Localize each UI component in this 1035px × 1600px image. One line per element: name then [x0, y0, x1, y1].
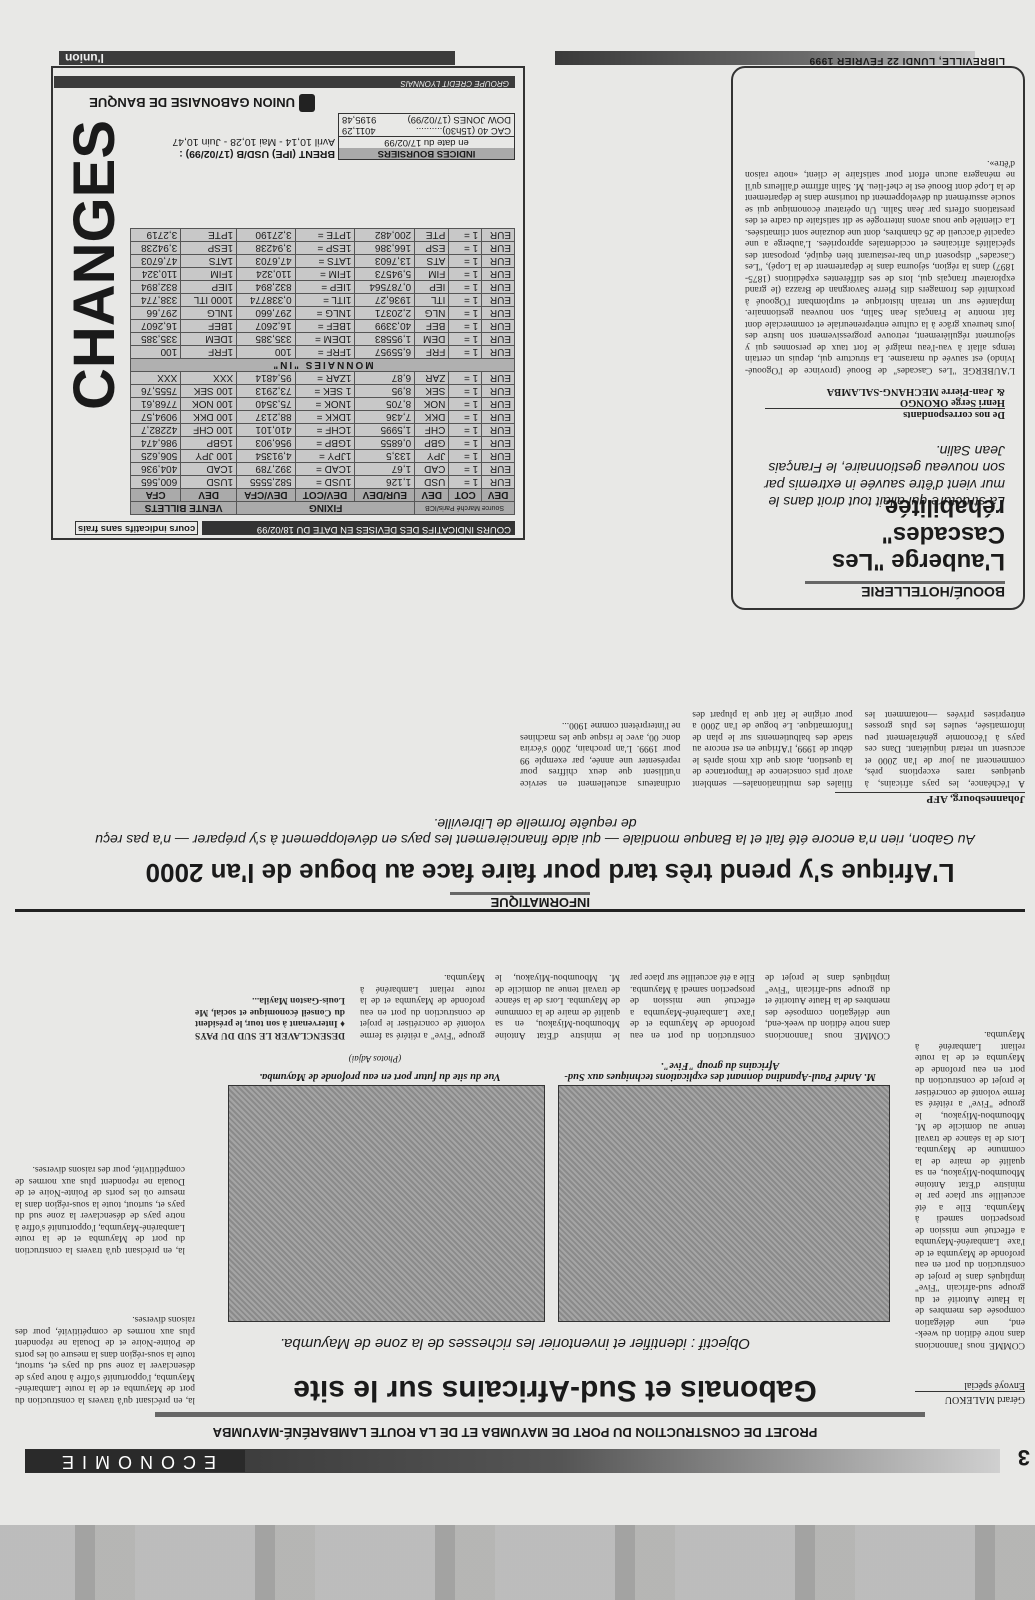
fx-row: EUR1 =PTE200,4821PTE =3,271901PTE3,2719 — [131, 229, 515, 242]
fx-cell: 506,625 — [131, 450, 181, 463]
fx-header-row: DEV COT DEV EUR/DEV DEV/COT DEV/CFA DEV … — [131, 489, 515, 502]
indices-label: CAC 40 (15h30).......... — [416, 125, 511, 136]
fx-cell: 297,66 — [131, 307, 181, 320]
fx-cell: ITL — [415, 294, 449, 307]
page-number: 3 — [1018, 1444, 1030, 1470]
fx-cell: 110,324 — [131, 268, 181, 281]
fx-cell: 100 — [237, 346, 295, 359]
fx-cell: 7768,61 — [131, 398, 181, 411]
economie-deck: Objectif : identifier et inventorier les… — [195, 1335, 835, 1352]
fx-cell: FIM — [415, 268, 449, 281]
fx-cell: 0,787564 — [355, 281, 415, 294]
fx-cell: 1ATS — [181, 255, 237, 268]
fx-cell: CAD — [415, 463, 449, 476]
fx-caption-main: COURS INDICATIFS DES DEVISES EN DATE DU … — [202, 521, 515, 535]
fx-cell: XXX — [181, 372, 237, 385]
fx-cell: 7555,76 — [131, 385, 181, 398]
fx-cell: 88,2137 — [237, 411, 295, 424]
fx-cell: DKK — [415, 411, 449, 424]
fx-cell: 1GBP = — [295, 437, 355, 450]
fx-cell: 200,482 — [355, 229, 415, 242]
fx-cell: 1CAD — [181, 463, 237, 476]
photo-credit: (Photos Adjai) — [315, 1054, 435, 1064]
fx-cell: 110,324 — [237, 268, 295, 281]
fx-cell: 956,903 — [237, 437, 295, 450]
fx-cell: FRF — [415, 346, 449, 359]
economie-col-right: la, en précisant qu'à travers la constru… — [15, 925, 185, 1255]
fx-row: EUR1 =ESP166,3861ESP =3,942381ESP3,94238 — [131, 242, 515, 255]
fx-cell: 1 = — [449, 307, 482, 320]
fx-cell: 4,91354 — [237, 450, 295, 463]
fx-cell: 75,3540 — [237, 398, 295, 411]
fx-cell: 1936,27 — [355, 294, 415, 307]
fx-cell: PTE — [415, 229, 449, 242]
fx-cell: 335,385 — [237, 333, 295, 346]
fx-cell: 0,338774 — [237, 294, 295, 307]
fx-cell: 1FRF — [181, 346, 237, 359]
photo2-caption: Vue du site du futur port en eau profond… — [225, 1071, 535, 1082]
fx-cell: 1ESP = — [295, 242, 355, 255]
fx-cell: 582,5555 — [237, 476, 295, 489]
fx-cell: EUR — [482, 307, 515, 320]
economie-byline: Gérard MALEKOU Envoyé spécial — [915, 1380, 1025, 1405]
fx-cell: 95,4814 — [237, 372, 295, 385]
fx-cell: EUR — [482, 372, 515, 385]
fx-body: EUR1 =USD1,1261USD =582,55551USD600,565E… — [131, 229, 515, 489]
fx-cell: 8,705 — [355, 398, 415, 411]
fx-cell: ZAR — [415, 372, 449, 385]
fx-cell: 1ATS = — [295, 255, 355, 268]
fx-row: EUR1 =CAD1,671CAD =392,7891CAD404,936 — [131, 463, 515, 476]
page-dateline: LIBREVILLE, LUNDI 22 FÉVRIER 1999 — [585, 55, 1005, 66]
booue-body: L'AUBERGE "Les Cascades" de Booué (provi… — [745, 75, 1015, 375]
byline-role: Envoyé spécial — [915, 1380, 1025, 1391]
fx-row: EUR1 =ATS13,76031ATS =47,67031ATS47,6703 — [131, 255, 515, 268]
fx-cell: 1 SEK = — [295, 385, 355, 398]
fx-cell: EUR — [482, 255, 515, 268]
fx-cell: EUR — [482, 437, 515, 450]
fx-row: EUR1 =DKK7,4361DKK =88,2137100 DKK9094,5… — [131, 411, 515, 424]
fx-cell: 47,6703 — [237, 255, 295, 268]
fx-cell: 338,774 — [131, 294, 181, 307]
booue-byline: De nos correspondants Henri Serge OKONGO… — [765, 386, 1005, 420]
fx-source: Source Marché Paris/ICB — [415, 502, 515, 515]
economie-col-extra: la, en précisant qu'à travers la constru… — [15, 1265, 195, 1405]
kicker-rule — [155, 1412, 925, 1417]
indices-value: 4011,29 — [342, 125, 376, 136]
fx-cell: 1IEP — [181, 281, 237, 294]
fx-cell: 1 = — [449, 268, 482, 281]
fx-row: EUR1 =NLG2,203711NLG =297,6601NLG297,66 — [131, 307, 515, 320]
fx-cell: 1GBP — [181, 437, 237, 450]
fx-cell: 1FRF = — [295, 346, 355, 359]
fx-row: EUR1 =FRF6,559571FRF =1001FRF100 — [131, 346, 515, 359]
fx-caption: COURS INDICATIFS DES DEVISES EN DATE DU … — [75, 521, 515, 535]
newspaper-page: LIBREVILLE, LUNDI 22 FÉVRIER 1999 l'unio… — [0, 0, 1035, 1600]
fx-cell: 3,94238 — [131, 242, 181, 255]
fx-cell: EUR — [482, 424, 515, 437]
fx-cell: 297,660 — [237, 307, 295, 320]
fx-cell: 9094,57 — [131, 411, 181, 424]
fx-cell: EUR — [482, 320, 515, 333]
fx-cell: 133,5 — [355, 450, 415, 463]
fx-cell: 1 = — [449, 346, 482, 359]
fx-cell: 986,474 — [131, 437, 181, 450]
fx-cell: 1CHF = — [295, 424, 355, 437]
fx-row: EUR1 =JPY133,51JPY =4,91354100 JPY506,62… — [131, 450, 515, 463]
bank-group: GROUPE CREDIT LYONNAIS — [54, 76, 515, 88]
fx-cell: EUR — [482, 268, 515, 281]
bank-name: UNION GABONAISE DE BANQUE — [89, 96, 295, 111]
indices-label: DOW JONES (17/02/99) — [408, 114, 511, 125]
fx-cell: 1JPY = — [295, 450, 355, 463]
fx-row: EUR1 =DEM1,955831DEM =335,3851DEM335,385 — [131, 333, 515, 346]
fx-cell: 1,126 — [355, 476, 415, 489]
fx-row: EUR1 =SEK8,951 SEK =73,2913100 SEK7555,7… — [131, 385, 515, 398]
fx-row: EUR1 =CHF1,59951CHF =410,101100 CHF42282… — [131, 424, 515, 437]
economie-body: COMME nous l'annoncions dans notre éditi… — [915, 710, 1025, 1350]
fx-cell: 100 NOK — [181, 398, 237, 411]
fx-cell: 832,894 — [131, 281, 181, 294]
fx-cell: USD — [415, 476, 449, 489]
fx-cell: 392,789 — [237, 463, 295, 476]
fx-row: EUR1 =IEP0,7875641IEP =832,8941IEP832,89… — [131, 281, 515, 294]
fx-cell: ESP — [415, 242, 449, 255]
fx-cell: 1000 ITL — [181, 294, 237, 307]
fx-cell: 1FIM = — [295, 268, 355, 281]
indices-date: en date du 17/02/99 — [339, 136, 514, 148]
fx-row: EUR1 =FIM5,945731FIM =110,3241FIM110,324 — [131, 268, 515, 281]
fx-cell: 2,20371 — [355, 307, 415, 320]
fx-row: EUR1 =ZAR6,871ZAR =95,4814XXXXXX — [131, 372, 515, 385]
informatique-headline: L'Afrique s'y prend très tard pour faire… — [85, 857, 1015, 888]
fx-cell: 6,87 — [355, 372, 415, 385]
fx-table: Source Marché Paris/ICB FIXING VENTE BIL… — [130, 228, 515, 515]
brent-block: BRENT (IPE) USD/B (17/02/99) : Avril 10,… — [130, 136, 335, 160]
economie-headline: Gabonais et Sud-Africains sur le site — [205, 1373, 905, 1407]
fx-cell: 1NOK = — [295, 398, 355, 411]
photo-apandina — [558, 1085, 890, 1322]
changes-big-title: CHANGES — [65, 120, 125, 410]
fx-cell: EUR — [482, 450, 515, 463]
fx-header: CFA — [131, 489, 181, 502]
economie-kicker: PROJET DE CONSTRUCTION DU PORT DE MAYUMB… — [105, 1425, 925, 1440]
fx-cell: 100 — [131, 346, 181, 359]
fx-cell: 1USD = — [295, 476, 355, 489]
bank-title: UNION GABONAISE DE BANQUE — [60, 94, 315, 112]
byline-name: Gérard MALEKOU — [915, 1391, 1025, 1405]
fx-header: DEV — [181, 489, 237, 502]
fx-cell: 1,95583 — [355, 333, 415, 346]
fx-row: EUR1 =NOK8,7051NOK =75,3540100 NOK7768,6… — [131, 398, 515, 411]
indices-title: INDICES BOURSIERS — [339, 148, 514, 159]
informatique-deck: Au Gabon, rien n'a encore été fait et la… — [95, 816, 975, 848]
fx-cell: 16,2607 — [237, 320, 295, 333]
fx-cell: EUR — [482, 385, 515, 398]
fx-cell: 335,385 — [131, 333, 181, 346]
fx-cell: 1 = — [449, 463, 482, 476]
ugb-logo-icon — [299, 94, 315, 112]
fx-cell: EUR — [482, 229, 515, 242]
fx-cell: 100 DKK — [181, 411, 237, 424]
fx-cell: 1 = — [449, 476, 482, 489]
fx-cell: 100 SEK — [181, 385, 237, 398]
fx-cell: JPY — [415, 450, 449, 463]
fx-cell: EUR — [482, 463, 515, 476]
fx-cell: XXX — [131, 372, 181, 385]
fx-header: DEV/COT — [295, 489, 355, 502]
byline-1: Henri Serge OKONGO — [765, 397, 1005, 408]
fx-cell: 1,67 — [355, 463, 415, 476]
fx-cell: 3,2719 — [131, 229, 181, 242]
photo-port-site — [228, 1085, 545, 1322]
fx-cell: 1NLG — [181, 307, 237, 320]
fx-cell: 600,565 — [131, 476, 181, 489]
booue-deck: La structure qui allait tout droit dans … — [745, 442, 1005, 510]
fx-row: EUR1 =USD1,1261USD =582,55551USD600,565 — [131, 476, 515, 489]
fx-cell: 73,2913 — [237, 385, 295, 398]
fx-cell: 1 = — [449, 372, 482, 385]
fx-cell: BEF — [415, 320, 449, 333]
fx-cell: 6,55957 — [355, 346, 415, 359]
fx-cell: 1ITL = — [295, 294, 355, 307]
fx-cell: 1CAD = — [295, 463, 355, 476]
fx-cell: EUR — [482, 346, 515, 359]
fx-cell: 410,101 — [237, 424, 295, 437]
fx-cell: GBP — [415, 437, 449, 450]
fx-cell: 1DKK = — [295, 411, 355, 424]
fx-cell: 1 = — [449, 255, 482, 268]
fx-cell: 1 = — [449, 398, 482, 411]
fx-cell: EUR — [482, 281, 515, 294]
scan-edge — [0, 1525, 1035, 1600]
fx-cell: 1BEF — [181, 320, 237, 333]
fx-cell: 13,7603 — [355, 255, 415, 268]
fx-cell: EUR — [482, 398, 515, 411]
fx-cell: 3,94238 — [237, 242, 295, 255]
fx-cell: 1PTE — [181, 229, 237, 242]
fx-cell: ATS — [415, 255, 449, 268]
fx-group-vente: VENTE BILLETS — [131, 502, 237, 515]
fx-cell: 1 = — [449, 294, 482, 307]
byline-intro: De nos correspondants — [765, 408, 1005, 420]
fx-cell: 1NLG = — [295, 307, 355, 320]
fx-cell: DEM — [415, 333, 449, 346]
economie-body-cont: COMME nous l'annoncions dans notre éditi… — [360, 930, 890, 1040]
brent-values: Avril 10,14 - Mai 10,28 - Juin 10,47 — [130, 136, 335, 148]
photo1-caption: M. André Paul-Apandina donnant des expli… — [555, 1060, 885, 1082]
fx-cell: CHF — [415, 424, 449, 437]
fx-header: DEV — [482, 489, 515, 502]
indices-value: 9195,48 — [342, 114, 376, 125]
indices-row: DOW JONES (17/02/99) 9195,48 — [339, 114, 514, 125]
fx-cell: 1ESP — [181, 242, 237, 255]
fx-cell: EUR — [482, 476, 515, 489]
fx-cell: 1 = — [449, 320, 482, 333]
fx-cell: 5,94573 — [355, 268, 415, 281]
fx-cell: 1 = — [449, 242, 482, 255]
fx-header: COT — [449, 489, 482, 502]
fx-cell: 42282,7 — [131, 424, 181, 437]
fx-cell: EUR — [482, 333, 515, 346]
fx-cell: 16,2607 — [131, 320, 181, 333]
fx-cell: 1 = — [449, 281, 482, 294]
fx-separator-row: MONNAIES "IN" — [131, 359, 515, 372]
informatique-dateline: Johannesbourg, AFP — [835, 792, 1025, 805]
fx-caption-right: cours indicatifs sans frais — [75, 521, 198, 535]
economie-subhead: DÉSENCLAVER LE SUD DU PAYS ♦ Intervenant… — [195, 930, 345, 1040]
fx-cell: 1 = — [449, 385, 482, 398]
booue-kicker: BOOUÉ/HOTELLERIE — [805, 581, 1005, 600]
indices-row: CAC 40 (15h30).......... 4011,29 — [339, 125, 514, 136]
fx-row: EUR1 =BEF40,33991BEF =16,26071BEF16,2607 — [131, 320, 515, 333]
brent-label: BRENT (IPE) USD/B (17/02/99) : — [130, 148, 335, 160]
fx-cell: 166,386 — [355, 242, 415, 255]
fx-cell: NOK — [415, 398, 449, 411]
fx-cell: 47,6703 — [131, 255, 181, 268]
fx-cell: 832,894 — [237, 281, 295, 294]
fx-cell: IEP — [415, 281, 449, 294]
fx-cell: 7,436 — [355, 411, 415, 424]
fx-header: DEV — [415, 489, 449, 502]
fx-row: EUR1 =GBP0,68551GBP =956,9031GBP986,474 — [131, 437, 515, 450]
fx-row: EUR1 =ITL1936,271ITL =0,3387741000 ITL33… — [131, 294, 515, 307]
section-title: ECONOMIE — [25, 1450, 245, 1472]
fx-cell: 1 = — [449, 229, 482, 242]
fx-cell: 1DEM = — [295, 333, 355, 346]
fx-header: DEV/CFA — [237, 489, 295, 502]
fx-cell: 1 = — [449, 450, 482, 463]
fx-separator: MONNAIES "IN" — [131, 359, 515, 372]
fx-header: EUR/DEV — [355, 489, 415, 502]
fx-cell: 1IEP = — [295, 281, 355, 294]
fx-cell: 1FIM — [181, 268, 237, 281]
fx-cell: 1DEM — [181, 333, 237, 346]
indices-box: INDICES BOURSIERS en date du 17/02/99 CA… — [338, 113, 515, 160]
fx-cell: 1PTE = — [295, 229, 355, 242]
informatique-kicker: INFORMATIQUE — [450, 892, 590, 910]
fx-cell: 1 = — [449, 437, 482, 450]
fx-cell: 1 = — [449, 411, 482, 424]
fx-cell: 1USD — [181, 476, 237, 489]
fx-cell: 1 = — [449, 333, 482, 346]
fx-cell: 1BEF = — [295, 320, 355, 333]
fx-table-wrap: Source Marché Paris/ICB FIXING VENTE BIL… — [130, 228, 515, 515]
fx-cell: 1,5995 — [355, 424, 415, 437]
fx-cell: 100 CHF — [181, 424, 237, 437]
fx-cell: SEK — [415, 385, 449, 398]
fx-cell: 3,27190 — [237, 229, 295, 242]
fx-cell: EUR — [482, 242, 515, 255]
fx-cell: 0,6855 — [355, 437, 415, 450]
fx-cell: 1ZAR = — [295, 372, 355, 385]
fx-group-fixing: FIXING — [237, 502, 415, 515]
fx-cell: 8,95 — [355, 385, 415, 398]
fx-cell: EUR — [482, 294, 515, 307]
fx-cell: 404,936 — [131, 463, 181, 476]
fx-cell: 100 JPY — [181, 450, 237, 463]
fx-cell: 40,3399 — [355, 320, 415, 333]
fx-cell: NLG — [415, 307, 449, 320]
byline-2: & Jean-Pierre MECHANG-SALAMBA — [765, 386, 1005, 397]
fx-cell: EUR — [482, 411, 515, 424]
fx-cell: 1 = — [449, 424, 482, 437]
newspaper-name: l'union — [59, 51, 455, 65]
